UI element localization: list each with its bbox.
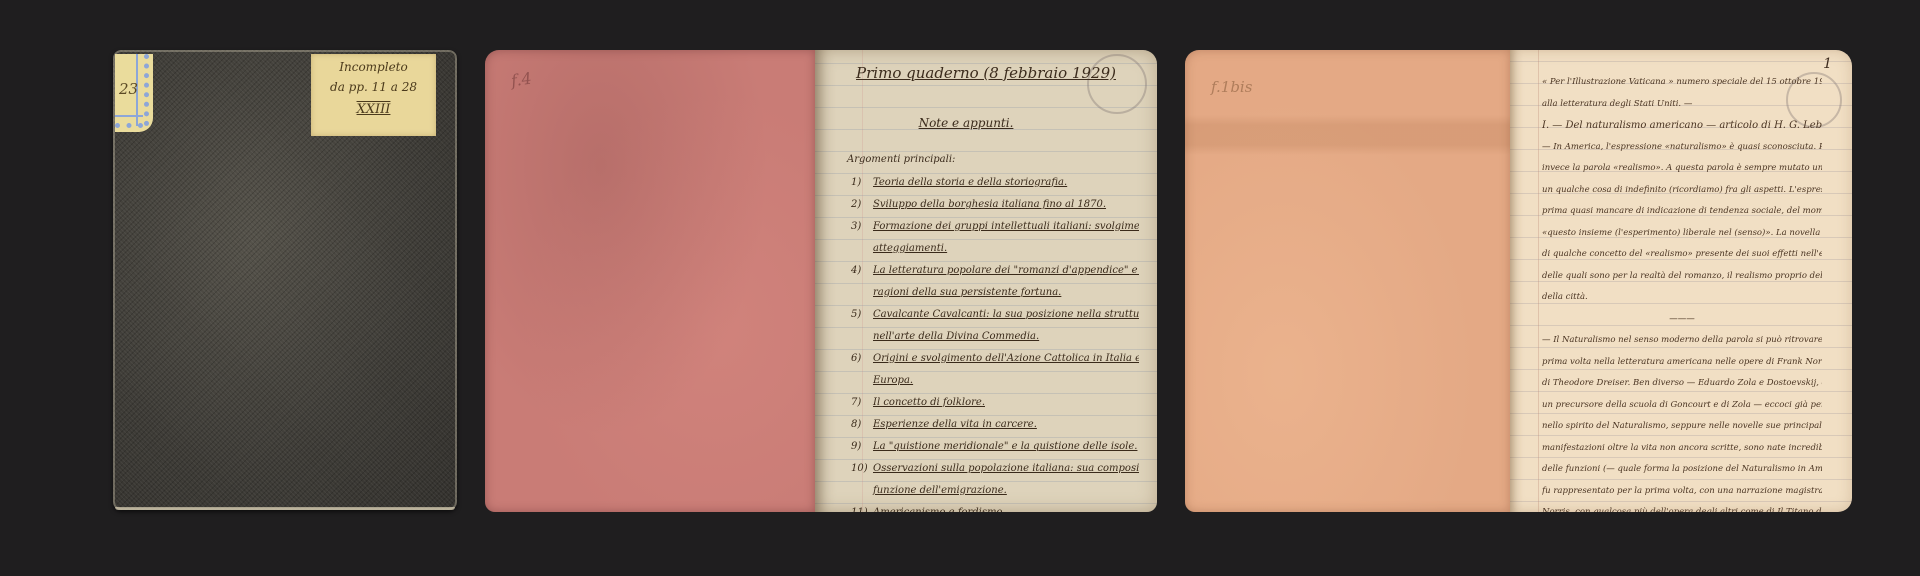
topic-item: 9)La "quistione meridionale" e la quisti…: [851, 436, 1139, 458]
text-line: — Il Naturalismo nel senso moderno della…: [1542, 330, 1822, 352]
topic-item: funzione dell'emigrazione.: [851, 480, 1139, 502]
pencil-folio-mark: f.4: [510, 69, 533, 91]
section-separator: ———: [1542, 309, 1822, 331]
topic-item: 7)Il concetto di folklore.: [851, 392, 1139, 414]
text-line: invece la parola «realismo». A questa pa…: [1542, 158, 1822, 180]
cover-edge: [115, 507, 455, 510]
topic-item: 10)Osservazioni sulla popolazione italia…: [851, 458, 1139, 480]
corner-label: 23: [115, 54, 153, 132]
topics-list: 1)Teoria della storia e della storiograf…: [851, 172, 1139, 512]
topic-item: 8)Esperienze della vita in carcere.: [851, 414, 1139, 436]
text-line: alla letteratura degli Stati Uniti. —: [1542, 94, 1822, 116]
topic-item: 3)Formazione dei gruppi intellettuali it…: [851, 216, 1139, 238]
topic-item: nell'arte della Divina Commedia.: [851, 326, 1139, 348]
library-stamp: [1087, 54, 1147, 114]
shelf-label-roman: XXIII: [311, 102, 436, 117]
shelf-label-line: Incompleto: [311, 60, 436, 74]
notebook-title: Primo quaderno (8 febbraio 1929): [815, 64, 1157, 82]
pencil-folio-mark: f.1bis: [1211, 78, 1252, 96]
topic-item: Europa.: [851, 370, 1139, 392]
topic-item: 6)Origini e svolgimento dell'Azione Catt…: [851, 348, 1139, 370]
topic-item: ragioni della sua persistente fortuna.: [851, 282, 1139, 304]
text-line: di qualche concetto del «realismo» prese…: [1542, 244, 1822, 266]
page-number: 1: [1823, 56, 1832, 72]
notes-intro: Argomenti principali:: [847, 154, 955, 165]
text-line: fu rappresentato per la prima volta, con…: [1542, 481, 1822, 503]
inside-cover-orange[interactable]: f.1bis: [1185, 50, 1510, 512]
text-line: delle quali sono per la realtà del roman…: [1542, 266, 1822, 288]
text-line: della città.: [1542, 287, 1822, 309]
label-frame-bottom: [115, 115, 143, 128]
inside-cover-pink[interactable]: f.4: [485, 50, 815, 512]
essay-page[interactable]: 1 « Per l'Illustrazione Vaticana » numer…: [1510, 50, 1852, 512]
text-line: — In America, l'espressione «naturalismo…: [1542, 137, 1822, 159]
topic-item: 11)Americanismo e fordismo.: [851, 502, 1139, 512]
text-line: manifestazioni oltre la vita non ancora …: [1542, 438, 1822, 460]
text-line: « Per l'Illustrazione Vaticana » numero …: [1542, 72, 1822, 94]
cover-number: 23: [119, 80, 138, 98]
notebook-cover[interactable]: 23 Incompleto da pp. 11 a 28 XXIII: [113, 50, 457, 510]
topic-item: 1)Teoria della storia e della storiograf…: [851, 172, 1139, 194]
topic-item: atteggiamenti.: [851, 238, 1139, 260]
notebook-subtitle: Note e appunti.: [815, 116, 1117, 130]
notes-page[interactable]: Primo quaderno (8 febbraio 1929) Note e …: [815, 50, 1157, 512]
text-line: prima quasi mancare di indicazione di te…: [1542, 201, 1822, 223]
text-line: un precursore della scuola di Goncourt e…: [1542, 395, 1822, 417]
topic-item: 2)Sviluppo della borghesia italiana fino…: [851, 194, 1139, 216]
shelf-label-line: da pp. 11 a 28: [311, 80, 436, 94]
section-heading: I. — Del naturalismo americano — articol…: [1542, 115, 1822, 137]
essay-text: « Per l'Illustrazione Vaticana » numero …: [1542, 72, 1822, 512]
text-line: di Theodore Dreiser. Ben diverso — Eduar…: [1542, 373, 1822, 395]
text-line: un qualche cosa di indefinito (ricordiam…: [1542, 180, 1822, 202]
text-line: delle funzioni (— quale forma la posizio…: [1542, 459, 1822, 481]
shelf-label: Incompleto da pp. 11 a 28 XXIII: [311, 54, 436, 136]
topic-item: 5)Cavalcante Cavalcanti: la sua posizion…: [851, 304, 1139, 326]
topic-item: 4)La letteratura popolare dei "romanzi d…: [851, 260, 1139, 282]
text-line: nello spirito del Naturalismo, seppure n…: [1542, 416, 1822, 438]
text-line: prima volta nella letteratura americana …: [1542, 352, 1822, 374]
text-line: Norris, con qualcosa più dell'opera degl…: [1542, 502, 1822, 512]
text-line: «questo insieme (l'esperimento) liberale…: [1542, 223, 1822, 245]
